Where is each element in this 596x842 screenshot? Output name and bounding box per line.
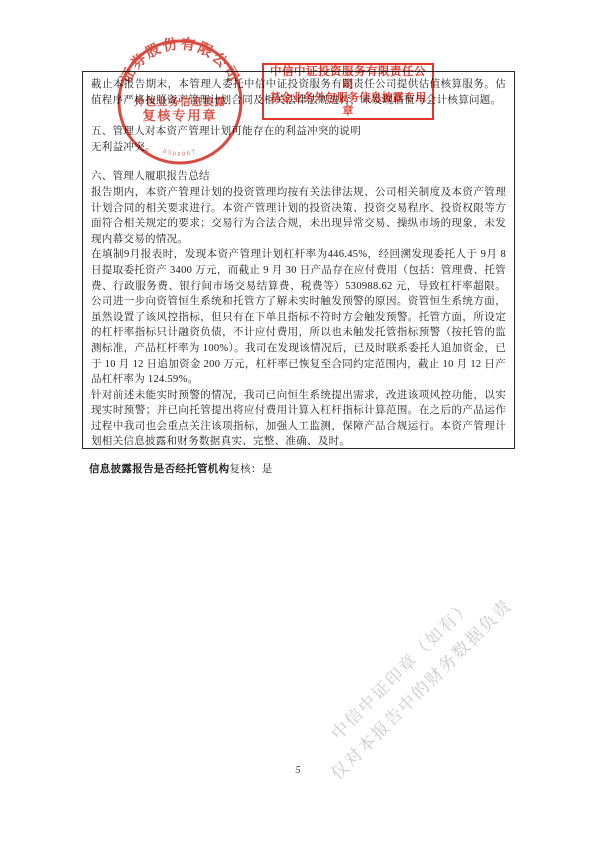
- disclaimer-watermark: 中信中证印章（如有） 仅对本报告中的财务数据负责: [251, 519, 573, 841]
- rect-seal-company: 中信中证投资服务有限责任公司: [266, 66, 430, 92]
- document-page: 截止本报告期末，本管理人委托中信中证投资服务有限责任公司提供估值核算服务。估值程…: [0, 0, 596, 842]
- page-number: 5: [0, 765, 596, 776]
- rectangular-disclosure-seal: 中信中证投资服务有限责任公司 基金业务外包服务信息披露专用章: [262, 63, 434, 120]
- watermark-line2: 仅对本报告中的财务数据负责: [271, 539, 574, 842]
- circular-review-seal: 证券股份有限公司 外包业务信息披露 复核专用章 0500067: [114, 36, 246, 168]
- seal-center-line2: 复核专用章: [142, 108, 217, 123]
- rect-seal-purpose: 基金业务外包服务信息披露专用章: [266, 92, 430, 118]
- seal-serial-number: 0500067: [162, 149, 198, 158]
- watermark-line1: 中信中证印章（如有）: [251, 519, 554, 822]
- section6-heading: 六、管理人履职报告总结: [91, 169, 506, 185]
- seal-company-arc-text: 证券股份有限公司: [116, 36, 243, 86]
- custodian-review-line: 信息披露报告是否经托管机构复核：是: [89, 461, 519, 476]
- section6-paragraph-1: 报告期内，本资产管理计划的投资管理均按有关法律法规、公司相关制度及本资产管理计划…: [91, 185, 506, 247]
- review-label: 信息披露报告是否经托管机构: [89, 464, 229, 475]
- review-value: 复核：是: [229, 464, 272, 475]
- section6-paragraph-2: 在填制9月报表时，发现本资产管理计划杠杆率为446.45%，经回溯发现委托人于 …: [91, 247, 506, 387]
- seal-center-line1: 外包业务信息披露: [134, 95, 226, 108]
- section6-paragraph-3: 针对前述未能实时预警的情况，我司已向恒生系统提出需求，改进该项风控功能，以实现实…: [91, 388, 506, 449]
